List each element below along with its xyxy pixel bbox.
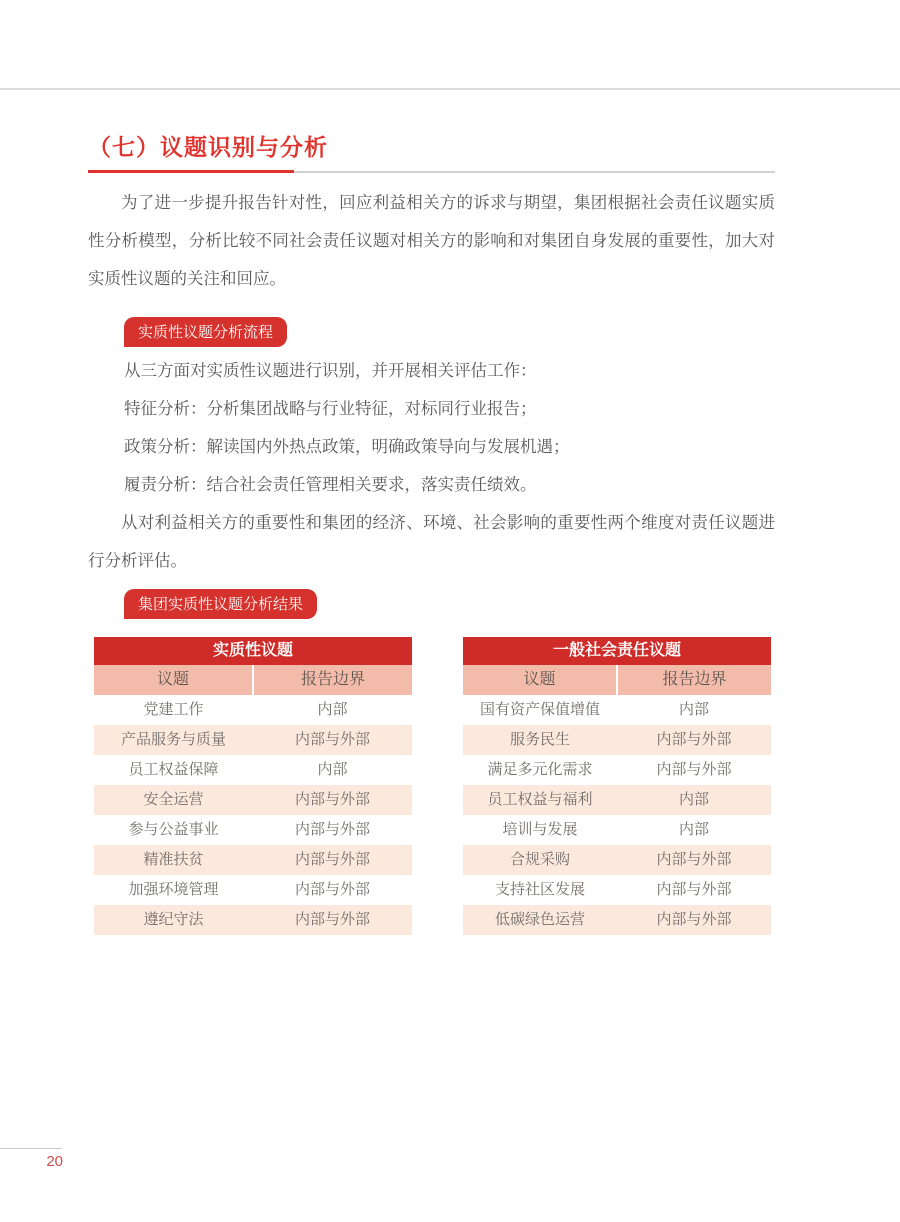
table-row: 员工权益与福利内部 — [463, 785, 771, 815]
table-body: 国有资产保值增值内部服务民生内部与外部满足多元化需求内部与外部员工权益与福利内部… — [463, 695, 771, 935]
table-row: 加强环境管理内部与外部 — [94, 875, 412, 905]
table-cell-boundary: 内部与外部 — [253, 785, 412, 815]
table-column-headers: 议题 报告边界 — [94, 665, 412, 695]
table-cell-boundary: 内部与外部 — [617, 845, 771, 875]
table-cell-boundary: 内部与外部 — [617, 755, 771, 785]
general-topics-table: 一般社会责任议题 议题 报告边界 国有资产保值增值内部服务民生内部与外部满足多元… — [463, 637, 771, 935]
column-header-boundary: 报告边界 — [254, 665, 412, 695]
table-row: 精准扶贫内部与外部 — [94, 845, 412, 875]
column-header-boundary: 报告边界 — [618, 665, 771, 695]
flow-line: 特征分析：分析集团战略与行业特征，对标同行业报告； — [124, 390, 775, 428]
table-cell-topic: 培训与发展 — [463, 815, 617, 845]
table-row: 支持社区发展内部与外部 — [463, 875, 771, 905]
table-cell-boundary: 内部 — [617, 785, 771, 815]
table-row: 培训与发展内部 — [463, 815, 771, 845]
table-cell-topic: 低碳绿色运营 — [463, 905, 617, 935]
table-cell-topic: 产品服务与质量 — [94, 725, 253, 755]
table-row: 服务民生内部与外部 — [463, 725, 771, 755]
table-cell-boundary: 内部与外部 — [253, 815, 412, 845]
section-title: （七）议题识别与分析 — [88, 129, 775, 162]
intro-paragraph: 为了进一步提升报告针对性，回应利益相关方的诉求与期望，集团根据社会责任议题实质性… — [88, 184, 775, 298]
flow-lines: 从三方面对实质性议题进行识别，并开展相关评估工作： 特征分析：分析集团战略与行业… — [88, 352, 775, 580]
title-underline-gray — [294, 171, 775, 173]
flow-line: 履责分析：结合社会责任管理相关要求，落实责任绩效。 — [124, 466, 775, 504]
table-cell-topic: 员工权益保障 — [94, 755, 253, 785]
analysis-tables: 实质性议题 议题 报告边界 党建工作内部产品服务与质量内部与外部员工权益保障内部… — [94, 637, 775, 935]
footer-divider — [0, 1148, 62, 1149]
table-cell-topic: 加强环境管理 — [94, 875, 253, 905]
table-cell-boundary: 内部与外部 — [253, 905, 412, 935]
table-cell-topic: 员工权益与福利 — [463, 785, 617, 815]
table-cell-topic: 精准扶贫 — [94, 845, 253, 875]
table-cell-boundary: 内部与外部 — [617, 725, 771, 755]
table-cell-boundary: 内部与外部 — [253, 875, 412, 905]
title-underline-red — [88, 170, 294, 173]
table-cell-boundary: 内部与外部 — [253, 845, 412, 875]
table-cell-topic: 安全运营 — [94, 785, 253, 815]
table-cell-topic: 满足多元化需求 — [463, 755, 617, 785]
table-row: 满足多元化需求内部与外部 — [463, 755, 771, 785]
table-cell-topic: 国有资产保值增值 — [463, 695, 617, 725]
report-page: （七）议题识别与分析 为了进一步提升报告针对性，回应利益相关方的诉求与期望，集团… — [0, 0, 900, 1222]
table-cell-boundary: 内部 — [253, 755, 412, 785]
table-row: 国有资产保值增值内部 — [463, 695, 771, 725]
table-cell-boundary: 内部与外部 — [617, 905, 771, 935]
table-cell-boundary: 内部与外部 — [617, 875, 771, 905]
table-row: 合规采购内部与外部 — [463, 845, 771, 875]
flow-badge: 实质性议题分析流程 — [124, 317, 287, 347]
table-cell-boundary: 内部与外部 — [253, 725, 412, 755]
table-column-headers: 议题 报告边界 — [463, 665, 771, 695]
table-cell-boundary: 内部 — [617, 695, 771, 725]
table-cell-boundary: 内部 — [253, 695, 412, 725]
table-body: 党建工作内部产品服务与质量内部与外部员工权益保障内部安全运营内部与外部参与公益事… — [94, 695, 412, 935]
table-row: 遵纪守法内部与外部 — [94, 905, 412, 935]
table-row: 员工权益保障内部 — [94, 755, 412, 785]
table-row: 党建工作内部 — [94, 695, 412, 725]
materiality-topics-table: 实质性议题 议题 报告边界 党建工作内部产品服务与质量内部与外部员工权益保障内部… — [94, 637, 412, 935]
page-number: 20 — [0, 1153, 63, 1170]
table-row: 低碳绿色运营内部与外部 — [463, 905, 771, 935]
table-row: 产品服务与质量内部与外部 — [94, 725, 412, 755]
column-header-topic: 议题 — [463, 665, 618, 695]
table-title: 一般社会责任议题 — [463, 637, 771, 665]
flow-line: 从三方面对实质性议题进行识别，并开展相关评估工作： — [124, 352, 775, 390]
page-content: （七）议题识别与分析 为了进一步提升报告针对性，回应利益相关方的诉求与期望，集团… — [88, 0, 775, 935]
flow-line: 政策分析：解读国内外热点政策，明确政策导向与发展机遇； — [124, 428, 775, 466]
table-cell-topic: 合规采购 — [463, 845, 617, 875]
title-underline — [88, 170, 775, 173]
table-cell-topic: 遵纪守法 — [94, 905, 253, 935]
table-title: 实质性议题 — [94, 637, 412, 665]
column-header-topic: 议题 — [94, 665, 254, 695]
result-badge: 集团实质性议题分析结果 — [124, 589, 317, 619]
table-cell-topic: 服务民生 — [463, 725, 617, 755]
table-cell-topic: 党建工作 — [94, 695, 253, 725]
table-cell-boundary: 内部 — [617, 815, 771, 845]
table-cell-topic: 参与公益事业 — [94, 815, 253, 845]
flow-closing-paragraph: 从对利益相关方的重要性和集团的经济、环境、社会影响的重要性两个维度对责任议题进行… — [88, 504, 775, 580]
table-row: 安全运营内部与外部 — [94, 785, 412, 815]
table-cell-topic: 支持社区发展 — [463, 875, 617, 905]
table-row: 参与公益事业内部与外部 — [94, 815, 412, 845]
